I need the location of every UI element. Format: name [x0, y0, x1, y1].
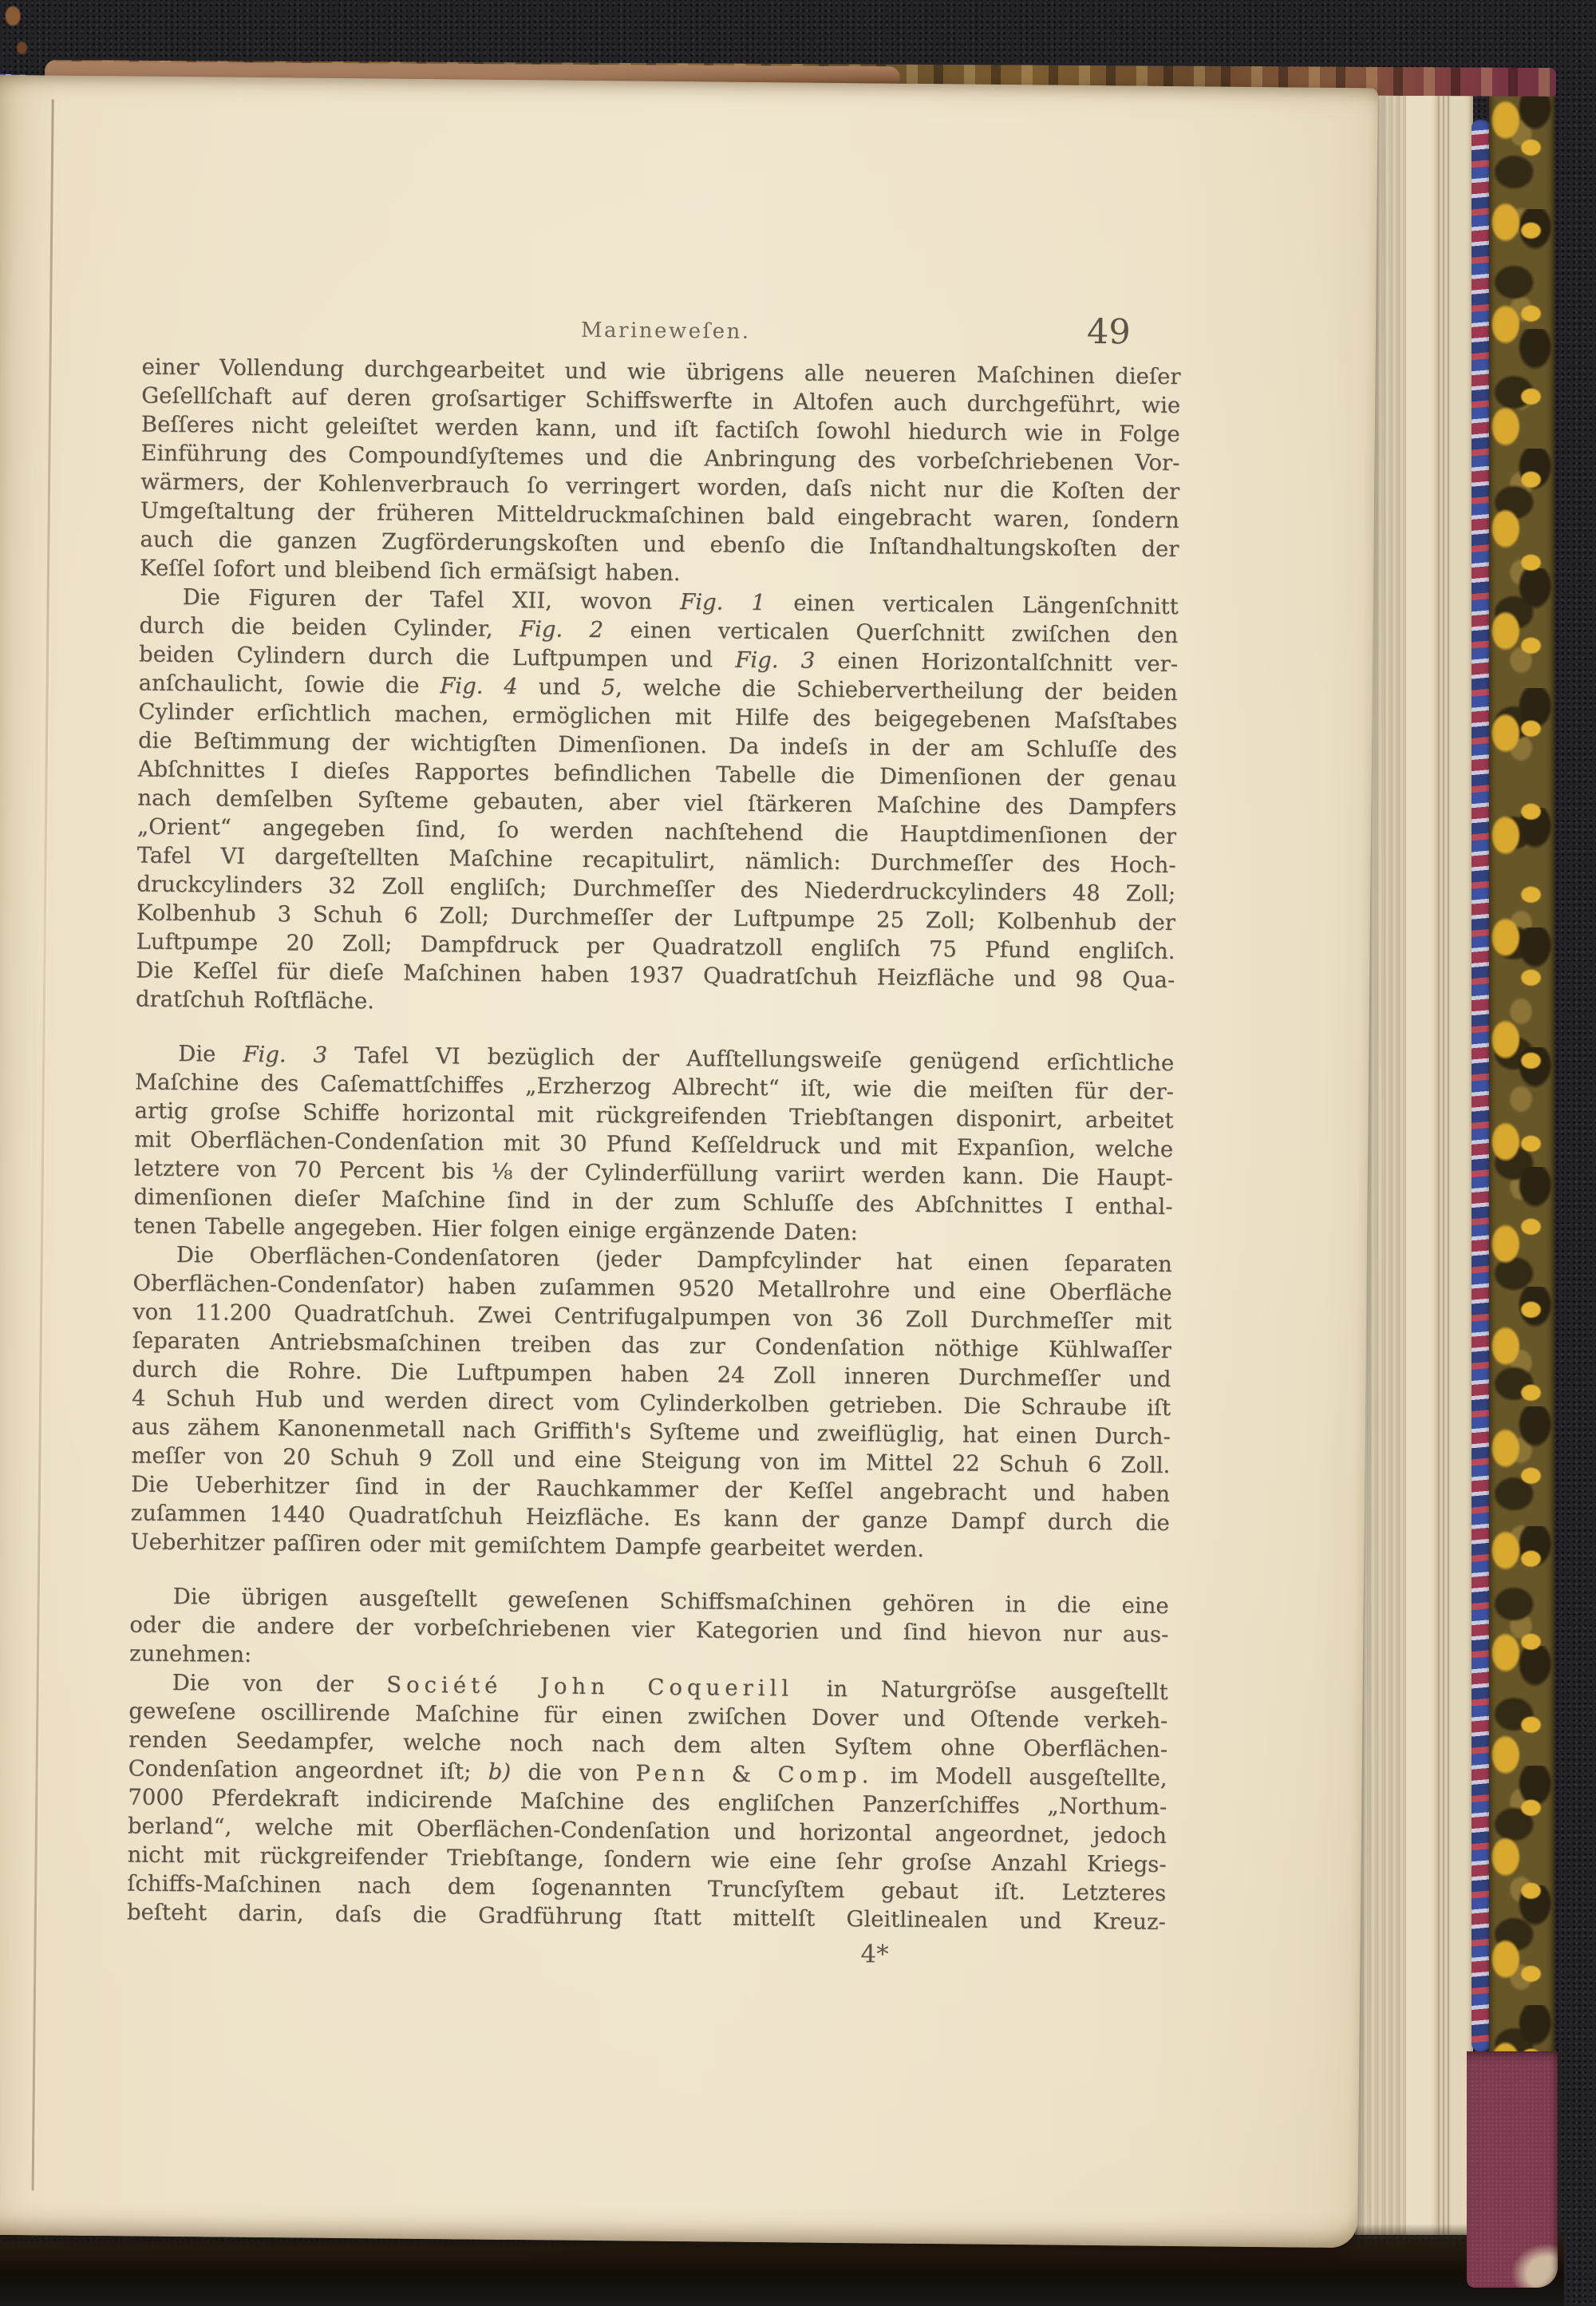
italic-text: Fig. 2 — [519, 616, 603, 643]
text-segment: einen verticalen Querſchnitt zwiſchen de… — [603, 617, 1179, 648]
letterspaced-text: Société John Coquerill — [386, 1672, 793, 1702]
scanned-book-photo: Marineweſen. 49 einer Vollendung durchge… — [0, 0, 1596, 2306]
italic-text: Fig. 3 — [735, 647, 815, 674]
letterspaced-text: Penn & Comp. — [635, 1761, 873, 1789]
text-segment: Keſſel ſofort und bleibend ſich ermäſsig… — [140, 556, 681, 587]
text-segment: die von — [511, 1759, 636, 1786]
italic-text: 5 — [601, 674, 615, 700]
gutter-crease — [32, 99, 54, 2190]
text-segment: in Naturgröſse ausgeſtellt — [793, 1675, 1168, 1705]
debris-speck — [0, 0, 37, 64]
text-segment: Die — [178, 1041, 243, 1067]
marbled-cover-edge — [1489, 89, 1555, 2055]
text-segment: anſchaulicht, ſowie die — [139, 670, 440, 699]
page-edge-stack-thin — [1438, 93, 1451, 2235]
paragraph-3: Die Fig. 3 Tafel VI bezüglich der Aufſte… — [133, 1039, 1174, 1250]
text-segment: einen Horizontalſchnitt ver- — [815, 648, 1178, 677]
running-head: Marineweſen. — [581, 318, 751, 344]
paragraph-4: Die Oberflächen-Condenſatoren (jeder Dam… — [130, 1240, 1172, 1566]
page-body: einer Vollendung durchgearbeitet und wie… — [127, 353, 1181, 1936]
text-segment: einen verticalen Längenſchnitt — [765, 590, 1179, 619]
book-page: Marineweſen. 49 einer Vollendung durchge… — [0, 75, 1378, 2249]
text-segment: dratſchuh Roſtfläche. — [136, 987, 374, 1015]
text-segment: , welche die Schiebervertheilung der bei… — [615, 674, 1178, 706]
text-segment: beiden Cylindern durch die Luftpumpen un… — [139, 642, 736, 673]
italic-text: Fig. 4 — [440, 673, 518, 699]
leather-corner — [1467, 2051, 1558, 2288]
text-segment: Ueberhitzer paſſiren oder mit gemiſchtem… — [130, 1529, 924, 1562]
italic-text: Fig. 3 — [243, 1042, 327, 1068]
signature-mark: 4* — [860, 1940, 889, 1968]
text-segment: im Modell ausgeſtellte, — [873, 1762, 1167, 1791]
text-segment: und — [518, 674, 602, 700]
text-segment: zunehmen: — [129, 1640, 252, 1667]
text-segment: Die Figuren der Tafel XII, wovon — [183, 584, 681, 615]
page-edge-light — [1406, 93, 1438, 2235]
paragraph-2: Die Figuren der Tafel XII, wovon Fig. 1 … — [136, 583, 1179, 1023]
italic-text: b) — [488, 1759, 512, 1785]
text-segment: Die von der — [172, 1670, 387, 1698]
marbled-endpaper-edge — [1472, 120, 1491, 2051]
italic-text: Fig. 1 — [680, 589, 765, 615]
page-edge-outer — [1451, 93, 1473, 2235]
page-number: 49 — [1087, 312, 1131, 353]
paragraph-6: Die von der Société John Coquerill in Na… — [127, 1667, 1168, 1936]
paragraph-1: einer Vollendung durchgearbeitet und wie… — [140, 353, 1181, 592]
text-segment: durch die beiden Cylinder, — [139, 613, 519, 643]
paragraph-5: Die übrigen ausgeſtellt geweſenen Schiff… — [129, 1581, 1169, 1677]
text-segment: Condenſation angeordnet iſt; — [128, 1755, 488, 1784]
